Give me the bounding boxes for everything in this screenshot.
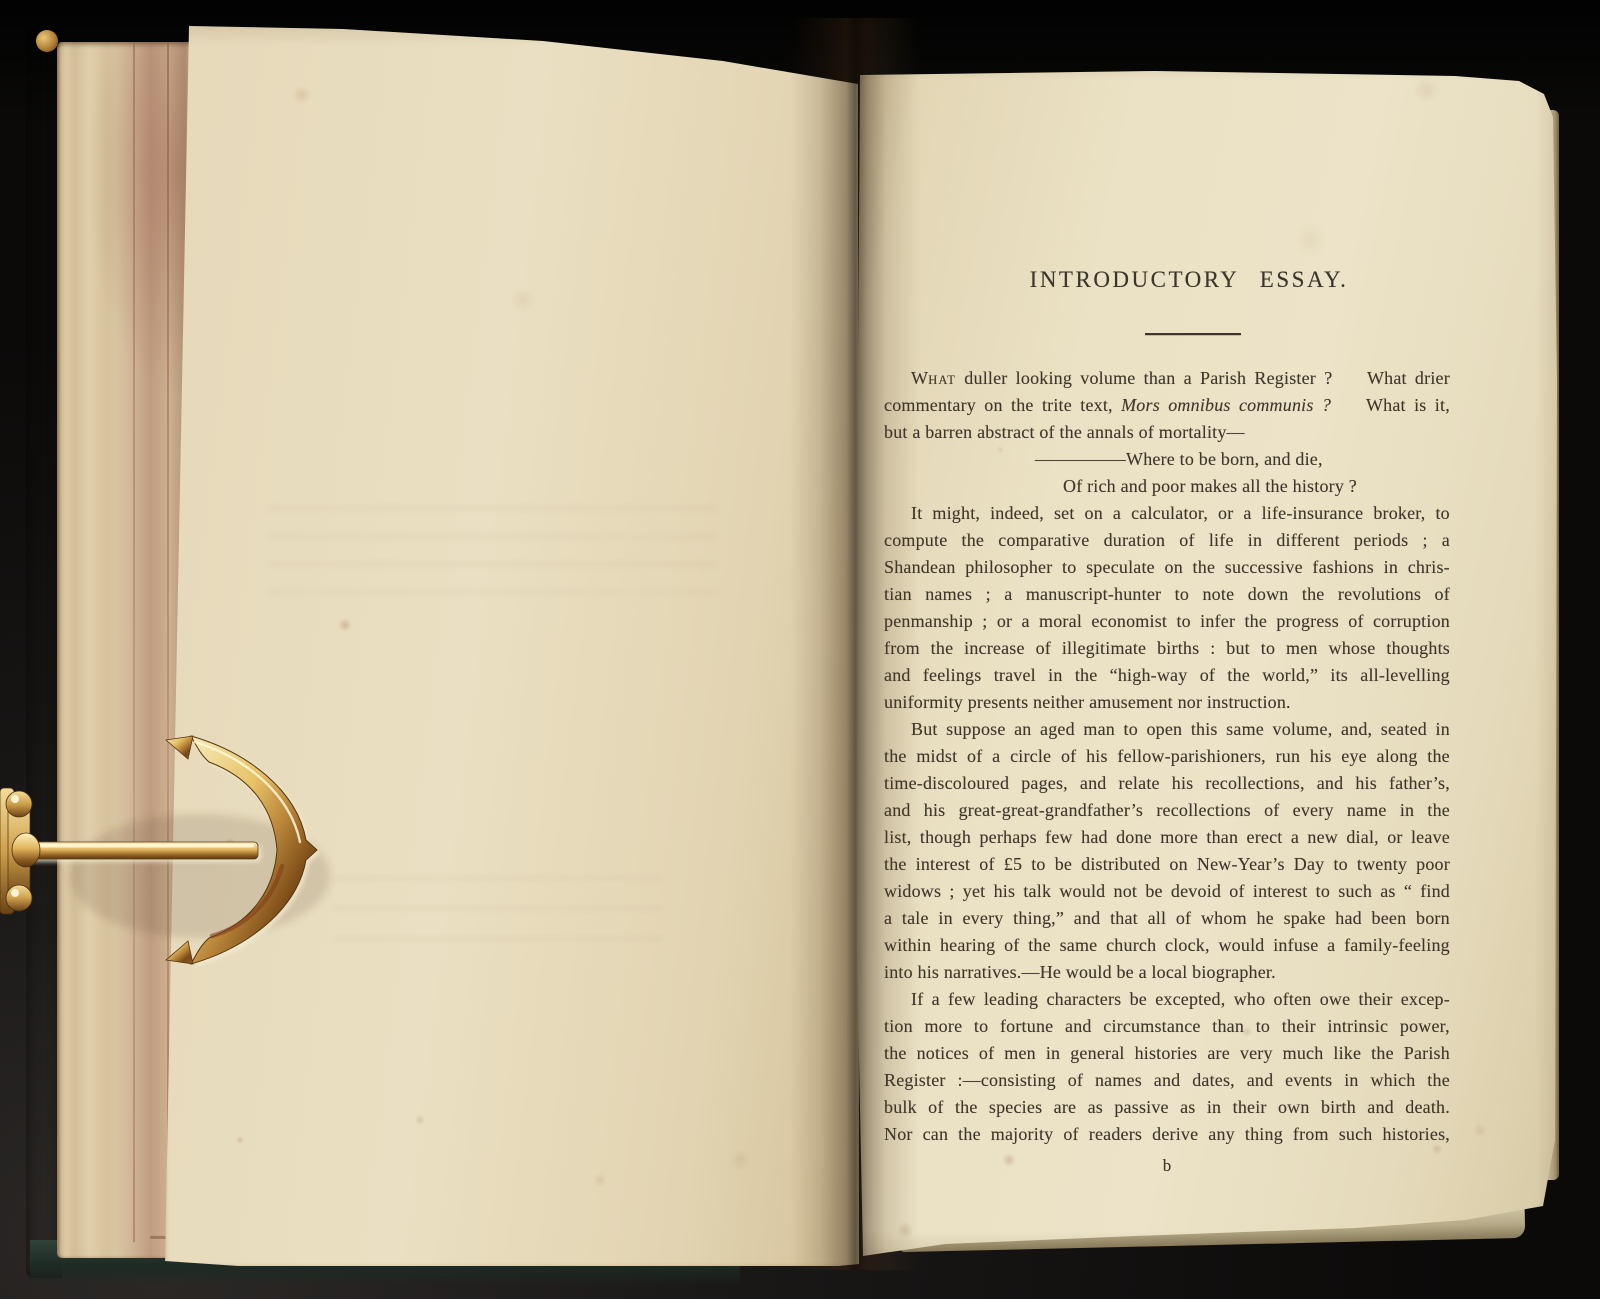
- show-through-smudge: [268, 505, 718, 595]
- text-line: list, though perhaps few had done more t…: [884, 824, 1450, 851]
- text-line: Shandean philosopher to speculate on the…: [884, 554, 1450, 581]
- text-line: and his great-great-grandfather’s recoll…: [884, 797, 1450, 824]
- text-line: If a few leading characters be excepted,…: [884, 986, 1450, 1013]
- text-line: But suppose an aged man to open this sam…: [884, 716, 1450, 743]
- text-line: Register :—consisting of names and dates…: [884, 1067, 1450, 1094]
- anchor-fluke-bottom-icon: [166, 941, 193, 964]
- page-crease-line: [167, 42, 169, 1242]
- anchor-shank: [6, 842, 258, 859]
- text-line: penmanship ; or a moral economist to inf…: [884, 608, 1450, 635]
- text-line: into his narratives.—He would be a local…: [884, 959, 1450, 986]
- text-line: time-discoloured pages, and relate his r…: [884, 770, 1450, 797]
- text-line: the interest of £5 to be distributed on …: [884, 851, 1450, 878]
- text-line: uniformity presents neither amusement no…: [884, 689, 1450, 716]
- title-divider-rule: [1145, 333, 1241, 335]
- text-line: —————Where to be born, and die,: [884, 446, 1450, 473]
- text-line: the midst of a circle of his fellow-pari…: [884, 743, 1450, 770]
- text-line: the notices of men in general histories …: [884, 1040, 1450, 1067]
- text-line: bulk of the species are as passive as in…: [884, 1094, 1450, 1121]
- text-line: compute the comparative duration of life…: [884, 527, 1450, 554]
- text-line: but a barren abstract of the annals of m…: [884, 419, 1450, 446]
- page-crease-line: [133, 42, 135, 1242]
- anchor-fluke-top-icon: [166, 736, 193, 759]
- signature-mark: b: [884, 1152, 1450, 1179]
- right-page: INTRODUCTORY ESSAY. WHAT duller looking …: [855, 60, 1565, 1265]
- page-title: INTRODUCTORY ESSAY.: [884, 267, 1450, 293]
- text-line: WHAT duller looking volume than a Parish…: [884, 365, 1450, 392]
- text-flow: WHAT duller looking volume than a Parish…: [884, 365, 1450, 1148]
- text-line: commentary on the trite text, Mors omnib…: [884, 392, 1450, 419]
- text-line: Nor can the majority of readers derive a…: [884, 1121, 1450, 1148]
- text-line: and feelings travel in the “high-way of …: [884, 662, 1450, 689]
- clasp-catch-stud: [36, 30, 58, 52]
- text-line: tion more to fortune and circumstance th…: [884, 1013, 1450, 1040]
- text-line: tian names ; a manuscript-hunter to note…: [884, 581, 1450, 608]
- text-line: It might, indeed, set on a calculator, o…: [884, 500, 1450, 527]
- text-line: from the increase of illegitimate births…: [884, 635, 1450, 662]
- clasp-hinge: [0, 788, 40, 914]
- text-line: within hearing of the same church clock,…: [884, 932, 1450, 959]
- photo-backdrop: INTRODUCTORY ESSAY. WHAT duller looking …: [0, 0, 1600, 1299]
- anchor-clasp: [0, 726, 335, 976]
- left-blank-page: [163, 20, 860, 1266]
- text-line: Of rich and poor makes all the history ?: [884, 473, 1450, 500]
- text-line: widows ; yet his talk would not be devoi…: [884, 878, 1450, 905]
- text-line: a tale in every thing,” and that all of …: [884, 905, 1450, 932]
- show-through-smudge: [333, 875, 663, 945]
